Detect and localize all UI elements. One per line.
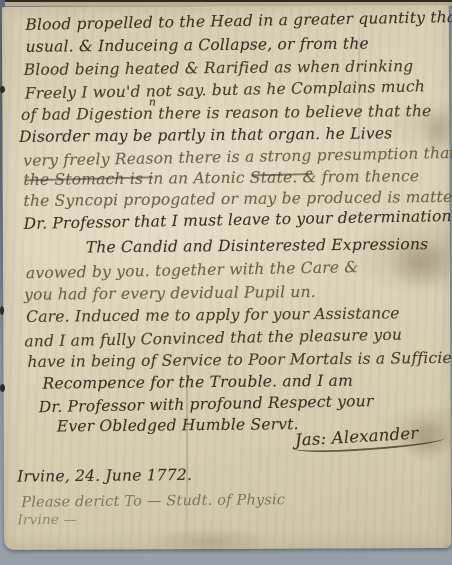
letter-line: Dr. Professor with profound Respect your (39, 392, 374, 416)
address-line: Irvine — (17, 512, 77, 529)
letter-line: Care. Induced me to apply for your Assis… (26, 304, 400, 326)
letter-line: Freely I wou'd not say. but as he Compla… (25, 77, 425, 102)
letter-line: usual. & Induceing a Collapse, or from t… (25, 35, 368, 56)
dateline: Irvine, 24. June 1772. (17, 466, 192, 486)
letter-line: and I am fully Convinced that the pleasu… (24, 326, 402, 351)
letter-line: have in being of Service to Poor Mortals… (27, 349, 452, 371)
letter-line: you had for every devidual Pupil un. (24, 283, 316, 304)
letter-line: The Candid and Disinterested Expressions (86, 235, 429, 256)
letter-line: avowed by you. together with the Care & (26, 258, 359, 282)
letter-line: of bad Digestion there is reason to beli… (21, 102, 432, 124)
letter-line: Recompence for the Trouble. and I am (43, 372, 354, 393)
letter-line: very freely Reason there is a strong pre… (23, 144, 452, 170)
letter-line: Blood being heated & Rarified as when dr… (24, 57, 414, 79)
letter-line: Blood propelled to the Head in a greater… (25, 8, 452, 34)
letter-line: the Syncopi propogated or may be produce… (23, 188, 452, 210)
letter-line: Disorder may be partly in that organ. he… (19, 124, 392, 146)
insertion-caret: n (149, 95, 156, 108)
letter-line: Dr. Professor that I must leave to your … (23, 207, 451, 233)
letter-line: Ever Obledged Humble Servt. (57, 415, 299, 435)
address-line: Please derict To — Studt. of Physic (21, 492, 285, 511)
letter-text: Blood propelled to the Head in a greater… (0, 0, 452, 565)
manuscript-photo: Blood propelled to the Head in a greater… (0, 0, 452, 565)
